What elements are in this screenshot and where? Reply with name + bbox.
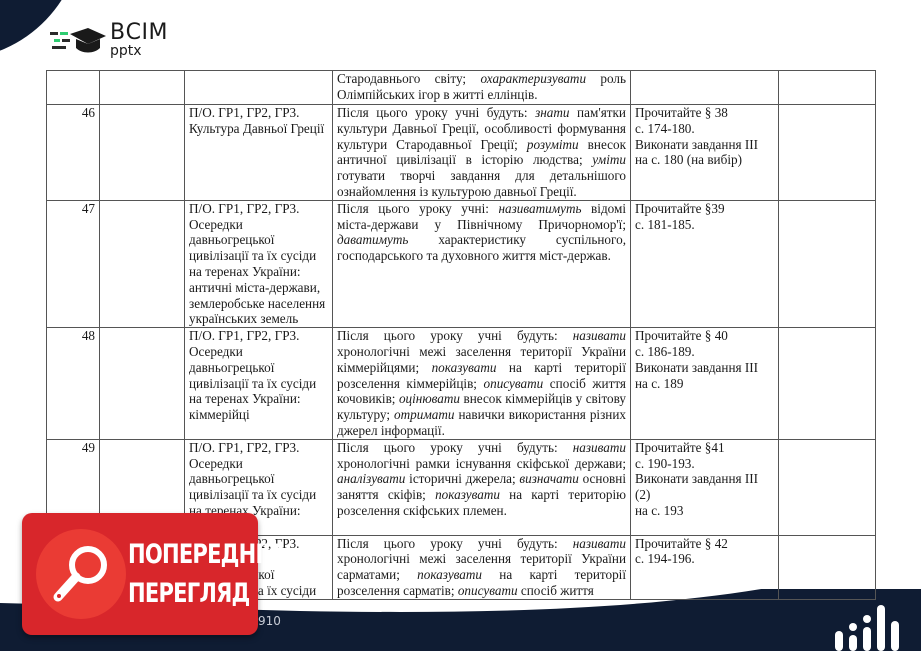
magnifier-icon [48, 541, 114, 607]
notes-cell [779, 71, 876, 105]
table-row-continuation: Стародавнього світу; охарактеризувати ро… [47, 71, 876, 105]
notes-cell [779, 439, 876, 535]
homework-cell: Прочитайте § 38с. 174-180.Виконати завда… [631, 105, 779, 201]
lesson-number-cell: 47 [47, 200, 100, 327]
objective-verb: уміти [592, 152, 626, 167]
topic-cell: П/О. ГР1, ГР2, ГР3. Осередки давньогрець… [185, 328, 333, 440]
homework-line: Виконати завдання ІІІ [635, 471, 774, 487]
homework-line: на с. 189 [635, 376, 774, 392]
homework-line: с. 174-180. [635, 121, 774, 137]
objective-verb: описувати [484, 376, 544, 391]
topic-cell [185, 71, 333, 105]
homework-line: на с. 180 (на вибір) [635, 152, 774, 168]
lesson-number-cell: 46 [47, 105, 100, 201]
objective-verb: показувати [432, 360, 497, 375]
objectives-cell: Після цього уроку учні будуть: знати пам… [333, 105, 631, 201]
preview-line-2: ПЕРЕГЛЯД [128, 574, 279, 613]
lesson-number-cell [47, 71, 100, 105]
objective-text: готувати творчі завдання для детальнішог… [337, 168, 626, 199]
preview-line-1: ПОПЕРЕДНІЙ [128, 535, 279, 574]
objective-text: Після цього уроку учні будуть: [337, 328, 573, 343]
homework-line: Прочитайте § 38 [635, 105, 774, 121]
homework-line: (2) [635, 487, 774, 503]
objective-text: хронологічні рамки існування скіфської д… [337, 456, 626, 471]
table-row: 46П/О. ГР1, ГР2, ГР3. Культура Давньої Г… [47, 105, 876, 201]
objectives-cell: Після цього уроку учні будуть: називати … [333, 439, 631, 535]
notes-cell [779, 535, 876, 599]
homework-line: Виконати завдання ІІІ [635, 360, 774, 376]
bars-decoration-icon [833, 601, 903, 651]
objective-verb: називатимуть [498, 201, 581, 216]
objective-verb: знати [535, 105, 569, 120]
table-row: 47П/О. ГР1, ГР2, ГР3. Осередки давньогре… [47, 200, 876, 327]
homework-cell: Прочитайте §41с. 190-193.Виконати завдан… [631, 439, 779, 535]
homework-line: Виконати завдання ІІІ [635, 137, 774, 153]
date-cell [100, 105, 185, 201]
notes-cell [779, 105, 876, 201]
homework-line: с. 194-196. [635, 551, 774, 567]
objective-verb: описувати [458, 583, 518, 598]
preview-label: ПОПЕРЕДНІЙ ПЕРЕГЛЯД [128, 535, 279, 613]
notes-cell [779, 200, 876, 327]
homework-line: с. 186-189. [635, 344, 774, 360]
objectives-cell: Після цього уроку учні будуть: називати … [333, 535, 631, 599]
homework-line: Прочитайте §41 [635, 440, 774, 456]
objective-verb: називати [573, 440, 626, 455]
homework-line: Прочитайте § 40 [635, 328, 774, 344]
graduation-cap-icon [50, 24, 106, 56]
brand-logo: ВСІМ pptx [50, 22, 168, 58]
objective-verb: аналізувати [337, 471, 405, 486]
objective-verb: даватимуть [337, 232, 408, 247]
date-cell [100, 71, 185, 105]
homework-cell: Прочитайте § 42с. 194-196. [631, 535, 779, 599]
topic-cell: П/О. ГР1, ГР2, ГР3. Культура Давньої Гре… [185, 105, 333, 201]
table-row: 48П/О. ГР1, ГР2, ГР3. Осередки давньогре… [47, 328, 876, 440]
objective-verb: називати [573, 536, 626, 551]
objective-text: Після цього уроку учні будуть: [337, 105, 535, 120]
homework-line: Прочитайте §39 [635, 201, 774, 217]
homework-line: на с. 193 [635, 503, 774, 519]
notes-cell [779, 328, 876, 440]
objective-text: Стародавнього світу; [337, 71, 480, 86]
objective-verb: показувати [417, 567, 482, 582]
homework-line: Прочитайте § 42 [635, 536, 774, 552]
homework-cell: Прочитайте §39с. 181-185. [631, 200, 779, 327]
date-cell [100, 200, 185, 327]
homework-cell: Прочитайте § 40с. 186-189.Виконати завда… [631, 328, 779, 440]
objective-verb: оцінювати [399, 391, 460, 406]
objectives-cell: Стародавнього світу; охарактеризувати ро… [333, 71, 631, 105]
objective-verb: визначати [519, 471, 578, 486]
objective-verb: розуміти [527, 137, 579, 152]
objectives-cell: Після цього уроку учні будуть: називати … [333, 328, 631, 440]
topic-cell: П/О. ГР1, ГР2, ГР3. Осередки давньогрець… [185, 200, 333, 327]
objective-text: історичні джерела; [405, 471, 519, 486]
objective-verb: охарактеризувати [480, 71, 586, 86]
objective-text: Після цього уроку учні будуть: [337, 536, 573, 551]
objective-text: спосіб життя [518, 583, 594, 598]
objective-verb: показувати [435, 487, 500, 502]
objective-text: Після цього уроку учні будуть: [337, 440, 573, 455]
footer-number: 910 [258, 614, 281, 628]
lesson-number-cell: 48 [47, 328, 100, 440]
objectives-cell: Після цього уроку учні: називатимуть від… [333, 200, 631, 327]
preview-badge[interactable]: ПОПЕРЕДНІЙ ПЕРЕГЛЯД [22, 513, 258, 635]
homework-line: с. 190-193. [635, 456, 774, 472]
objective-verb: отримати [394, 407, 454, 422]
homework-line: с. 181-185. [635, 217, 774, 233]
homework-cell [631, 71, 779, 105]
brand-subtitle: pptx [110, 44, 168, 58]
objective-verb: називати [573, 328, 626, 343]
brand-title: ВСІМ [110, 22, 168, 44]
objective-text: Після цього уроку учні: [337, 201, 498, 216]
date-cell [100, 328, 185, 440]
